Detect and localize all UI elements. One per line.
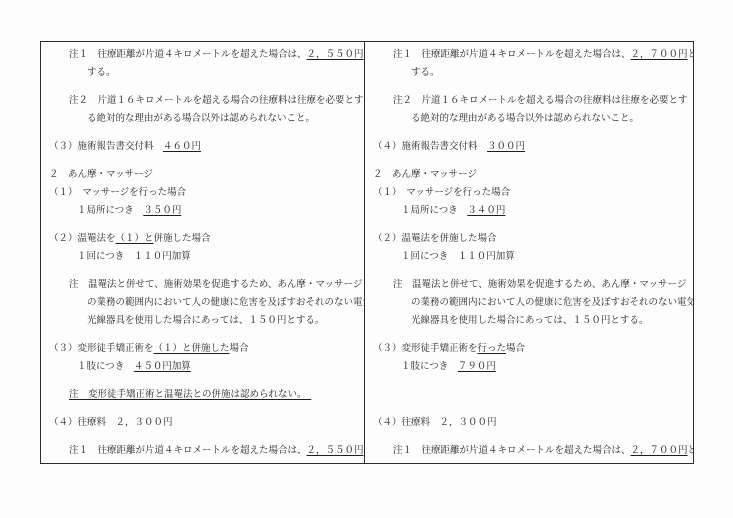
text-line: 注２ 片道１６キロメートルを超える場合の往療料は往療を必要とす: [365, 92, 693, 110]
text-line: （４）往療料 ２，３００円: [41, 414, 364, 432]
text-segment: の業務の範囲内において人の健康に危害を及ぼすおそれのない電気: [87, 298, 365, 308]
fee-column-old-rates: 注１ 往療距離が片道４キロメートルを超えた場合は、２，５５０円とする。注２ 片道…: [41, 42, 365, 463]
text-segment: （３）施術報告書交付料: [49, 142, 163, 152]
text-line: る絶対的な理由がある場合以外は認められないこと。: [365, 110, 693, 128]
text-segment: （１） マッサージを行った場合: [373, 188, 510, 198]
text-line: する。: [41, 64, 364, 82]
text-line: （３）変形徒手矯正術を行った場合: [365, 340, 693, 358]
text-line: １肢につき ４５０円加算: [41, 358, 364, 376]
text-segment: １肢につき: [77, 362, 134, 372]
text-line: る絶対的な理由がある場合以外は認められないこと。: [41, 110, 364, 128]
underlined-text: ３００円: [487, 142, 525, 152]
text-line: 注１ 往療距離が片道４キロメートルを超えた場合は、２，７００円と: [365, 442, 693, 460]
text-segment: 併施した場合: [154, 234, 211, 244]
text-line: （３）変形徒手矯正術を（１）と併施した場合: [41, 340, 364, 358]
text-segment: （４）往療料 ２，３００円: [49, 418, 173, 428]
underlined-text: ４５０円加算: [134, 362, 191, 372]
text-segment: （２）温罨法を併施した場合: [373, 234, 497, 244]
text-line: 注 変形徒手矯正術と温罨法との併施は認められない。: [41, 386, 364, 404]
text-segment: 光線器具を使用した場合にあっては、１５０円とする。: [87, 316, 324, 326]
text-line: 注 温罨法と併せて、施術効果を促進するため、あん摩・マッサージ: [41, 276, 364, 294]
text-line: 光線器具を使用した場合にあっては、１５０円とする。: [41, 312, 364, 330]
text-line: 注２ 片道１６キロメートルを超える場合の往療料は往療を必要とす: [41, 92, 364, 110]
text-segment: （２）温罨法を: [49, 234, 116, 244]
text-line: ２ あん摩・マッサージ: [365, 166, 693, 184]
underlined-text: ４６０円: [163, 142, 201, 152]
underlined-text: ７９０円: [458, 362, 496, 372]
text-segment: する。: [411, 68, 440, 78]
underlined-text: 注 変形徒手矯正術と温罨法との併施は認められない。: [69, 390, 311, 400]
text-segment: る絶対的な理由がある場合以外は認められないこと。: [87, 114, 315, 124]
text-segment: ２ あん摩・マッサージ: [373, 170, 477, 180]
text-segment: １肢につき: [401, 362, 458, 372]
text-line: １局所につき ３５０円: [41, 202, 364, 220]
text-line: の業務の範囲内において人の健康に危害を及ぼすおそれのない電気: [365, 294, 693, 312]
text-line: （１） マッサージを行った場合: [365, 184, 693, 202]
underlined-text: ２，５５０円: [307, 50, 364, 60]
text-segment: 注１ 往療距離が片道４キロメートルを超えた場合は、: [393, 446, 631, 456]
text-segment: １局所につき: [77, 206, 143, 216]
text-segment: 注１ 往療距離が片道４キロメートルを超えた場合は、: [69, 50, 307, 60]
text-segment: する。: [87, 68, 116, 78]
text-segment: １回につき １１０円加算: [77, 252, 191, 262]
text-line: （１） マッサージを行った場合: [41, 184, 364, 202]
text-line: （４）施術報告書交付料 ３００円: [365, 138, 693, 156]
text-segment: （１） マッサージを行った場合: [49, 188, 186, 198]
text-segment: と: [688, 446, 693, 456]
text-line: （２）温罨法を（１）と併施した場合: [41, 230, 364, 248]
text-segment: 注１ 往療距離が片道４キロメートルを超えた場合は、: [393, 50, 631, 60]
fee-schedule-table: 注１ 往療距離が片道４キロメートルを超えた場合は、２，５５０円とする。注２ 片道…: [40, 41, 694, 464]
text-line: １肢につき ７９０円: [365, 358, 693, 376]
text-segment: 注２ 片道１６キロメートルを超える場合の往療料は往療を必要とす: [69, 96, 364, 106]
text-line: １回につき １１０円加算: [365, 248, 693, 266]
underlined-text: ２，５５０円: [307, 446, 364, 456]
text-segment: （４）施術報告書交付料: [373, 142, 487, 152]
text-line: 注１ 往療距離が片道４キロメートルを超えた場合は、２，５５０円と: [41, 46, 364, 64]
text-segment: （３）変形徒手矯正術を: [373, 344, 478, 354]
text-segment: 注２ 片道１６キロメートルを超える場合の往療料は往療を必要とす: [393, 96, 688, 106]
text-segment: ２ あん摩・マッサージ: [49, 170, 153, 180]
text-line: 光線器具を使用した場合にあっては、１５０円とする。: [365, 312, 693, 330]
text-segment: 注１ 往療距離が片道４キロメートルを超えた場合は、: [69, 446, 307, 456]
underlined-text: ２，７００円: [631, 446, 688, 456]
text-line: 注１ 往療距離が片道４キロメートルを超えた場合は、２，５５０円と: [41, 442, 364, 460]
text-segment: る絶対的な理由がある場合以外は認められないこと。: [411, 114, 639, 124]
underlined-text: ３４０円: [467, 206, 505, 216]
text-line: する。: [365, 64, 693, 82]
underlined-text: （１）と: [116, 234, 154, 244]
fee-column-new-rates: 注１ 往療距離が片道４キロメートルを超えた場合は、２，７００円とする。注２ 片道…: [365, 42, 693, 463]
text-segment: １回につき １１０円加算: [401, 252, 515, 262]
underlined-text: ３５０円: [143, 206, 181, 216]
text-segment: 注 温罨法と併せて、施術効果を促進するため、あん摩・マッサージ: [69, 280, 362, 290]
text-line: の業務の範囲内において人の健康に危害を及ぼすおそれのない電気: [41, 294, 364, 312]
document-page: 注１ 往療距離が片道４キロメートルを超えた場合は、２，５５０円とする。注２ 片道…: [0, 0, 733, 518]
text-line: （２）温罨法を併施した場合: [365, 230, 693, 248]
text-line: １局所につき ３４０円: [365, 202, 693, 220]
text-line: ２ あん摩・マッサージ: [41, 166, 364, 184]
text-line: １回につき １１０円加算: [41, 248, 364, 266]
text-segment: （４）往療料 ２，３００円: [373, 418, 497, 428]
text-segment: （３）変形徒手矯正術を: [49, 344, 154, 354]
text-line: [365, 386, 693, 404]
underlined-text: 行った: [478, 344, 507, 354]
text-segment: １局所につき: [401, 206, 467, 216]
text-line: 注 温罨法と併せて、施術効果を促進するため、あん摩・マッサージ: [365, 276, 693, 294]
text-segment: 場合: [506, 344, 525, 354]
text-segment: 場合: [230, 344, 249, 354]
text-line: （４）往療料 ２，３００円: [365, 414, 693, 432]
text-segment: 注 温罨法と併せて、施術効果を促進するため、あん摩・マッサージ: [393, 280, 686, 290]
text-line: （３）施術報告書交付料 ４６０円: [41, 138, 364, 156]
text-segment: と: [688, 50, 693, 60]
underlined-text: ２，７００円: [631, 50, 688, 60]
text-segment: の業務の範囲内において人の健康に危害を及ぼすおそれのない電気: [411, 298, 693, 308]
text-segment: 光線器具を使用した場合にあっては、１５０円とする。: [411, 316, 648, 326]
underlined-text: （１）と併施した: [154, 344, 230, 354]
text-line: 注１ 往療距離が片道４キロメートルを超えた場合は、２，７００円と: [365, 46, 693, 64]
